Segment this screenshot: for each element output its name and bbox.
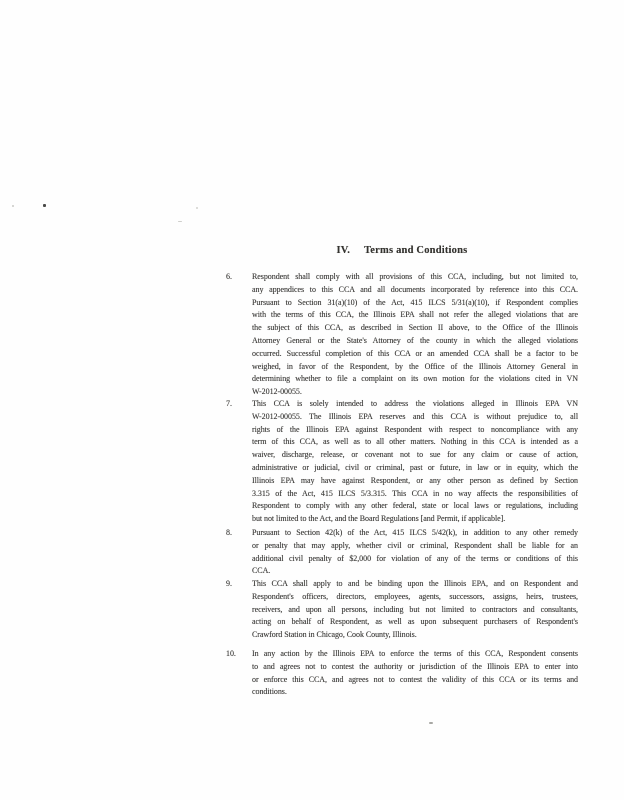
paragraph-number: 6. (226, 271, 232, 284)
scan-artifact (43, 204, 46, 207)
text-line: 3.315 of the Act, 415 ILCS 5/3.315. This… (252, 488, 578, 501)
paragraph-text: This CCA shall apply to and be binding u… (252, 578, 578, 642)
text-line: Crawford Station in Chicago, Cook County… (252, 629, 578, 642)
text-line: additional civil penalty of $2,000 for v… (252, 553, 578, 566)
paragraph-number: 8. (226, 527, 232, 540)
text-line: but not limited to the Act, and the Boar… (252, 513, 578, 526)
paragraph-10: 10. In any action by the Illinois EPA to… (226, 648, 578, 699)
text-line: acting on behalf of Respondent, as well … (252, 616, 578, 629)
text-line: W-2012-00055. The Illinois EPA reserves … (252, 411, 578, 424)
paragraph-number: 9. (226, 578, 232, 591)
text-line: any appendices to this CCA and all docum… (252, 284, 578, 297)
paragraph-text: In any action by the Illinois EPA to enf… (252, 648, 578, 699)
scan-artifact (12, 205, 14, 207)
section-heading: IV.Terms and Conditions (226, 245, 578, 256)
scan-artifact (429, 722, 433, 724)
paragraph-number: 10. (226, 648, 236, 661)
text-line: or penalty that may apply, whether civil… (252, 540, 578, 553)
paragraph-8: 8. Pursuant to Section 42(k) of the Act,… (226, 527, 578, 578)
text-line: receivers, and upon all persons, includi… (252, 604, 578, 617)
paragraph-7: 7. This CCA is solely intended to addres… (226, 398, 578, 526)
text-line: rights of the Illinois EPA against Respo… (252, 424, 578, 437)
text-line: to and agrees not to contest the authori… (252, 661, 578, 674)
text-line: or enforce this CCA, and agrees not to c… (252, 674, 578, 687)
text-line: Attorney General or the State's Attorney… (252, 335, 578, 348)
paragraph-6: 6. Respondent shall comply with all prov… (226, 271, 578, 399)
scanned-document-page: IV.Terms and Conditions 6. Respondent sh… (0, 0, 624, 800)
text-line: weighed, in favor of the Respondent, by … (252, 361, 578, 374)
text-line: Pursuant to Section 31(a)(10) of the Act… (252, 297, 578, 310)
text-line: term of this CCA, as well as to all othe… (252, 436, 578, 449)
paragraph-text: This CCA is solely intended to address t… (252, 398, 578, 526)
text-line: administrative or judicial, civil or cri… (252, 462, 578, 475)
section-number: IV. (337, 245, 351, 256)
text-line: This CCA is solely intended to address t… (252, 398, 578, 411)
text-line: waiver, discharge, release, or covenant … (252, 449, 578, 462)
text-line: conditions. (252, 686, 578, 699)
text-line: Respondent shall comply with all provisi… (252, 271, 578, 284)
text-line: Pursuant to Section 42(k) of the Act, 41… (252, 527, 578, 540)
paragraph-9: 9. This CCA shall apply to and be bindin… (226, 578, 578, 642)
text-line: Illinois EPA may have against Respondent… (252, 475, 578, 488)
text-line: Respondent's officers, directors, employ… (252, 591, 578, 604)
scan-artifact (178, 221, 182, 222)
paragraph-text: Pursuant to Section 42(k) of the Act, 41… (252, 527, 578, 578)
text-line: Respondent to comply with any other fede… (252, 500, 578, 513)
text-line: This CCA shall apply to and be binding u… (252, 578, 578, 591)
paragraph-text: Respondent shall comply with all provisi… (252, 271, 578, 399)
text-line: CCA. (252, 565, 578, 578)
section-title: Terms and Conditions (364, 245, 467, 256)
scan-artifact (196, 207, 198, 209)
text-line: determining whether to file a complaint … (252, 373, 578, 386)
text-line: with the terms of this CCA, the Illinois… (252, 309, 578, 322)
paragraph-number: 7. (226, 398, 232, 411)
text-line: In any action by the Illinois EPA to enf… (252, 648, 578, 661)
text-line: the subject of this CCA, as described in… (252, 322, 578, 335)
text-line: occurred. Successful completion of this … (252, 348, 578, 361)
